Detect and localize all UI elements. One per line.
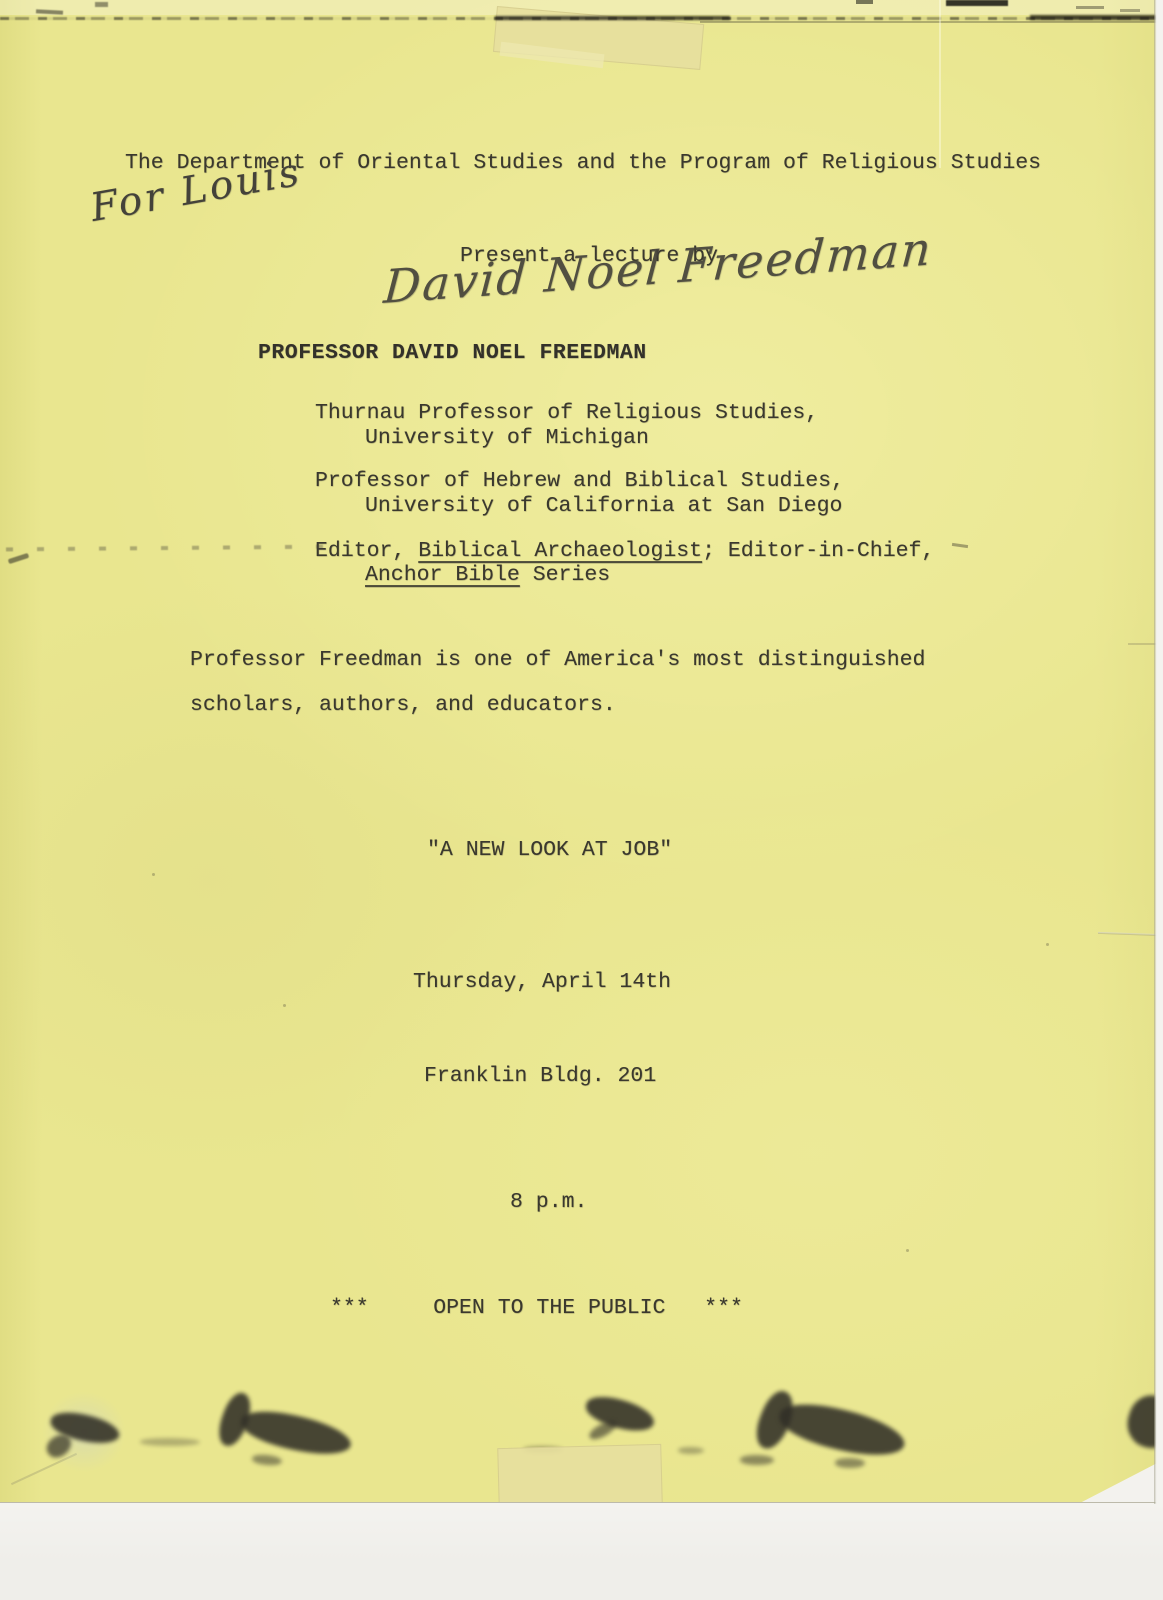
- scan-edge-mark: [95, 2, 108, 7]
- credential-ucsd: University of California at San Diego: [365, 494, 842, 518]
- date-line: Thursday, April 14th: [413, 970, 671, 994]
- paper-speck: [152, 873, 155, 876]
- location-line: Franklin Bldg. 201: [424, 1064, 656, 1088]
- credential-editor-line: Editor, Biblical Archaeologist; Editor-i…: [315, 539, 934, 563]
- scan-edge-mark: [856, 0, 873, 4]
- time-line: 8 p.m.: [510, 1190, 587, 1214]
- editor-mid: ; Editor-in-Chief,: [702, 539, 934, 563]
- scan-speck: [1076, 6, 1104, 9]
- credential-michigan: University of Michigan: [365, 426, 649, 450]
- lecture-title: "A NEW LOOK AT JOB": [427, 838, 672, 862]
- scan-line-dark-segment: [495, 16, 730, 20]
- ink-smudge: [740, 1455, 774, 1465]
- credential-anchor-line: Anchor Bible Series: [365, 563, 610, 587]
- credential-hebrew: Professor of Hebrew and Biblical Studies…: [315, 469, 844, 493]
- scanner-bed-bottom: [0, 1502, 1163, 1600]
- paper-speck: [906, 1249, 909, 1252]
- anchor-suffix: Series: [520, 563, 610, 587]
- tape-strip-bottom: [497, 1444, 663, 1508]
- paper-crease: [939, 0, 941, 168]
- editor-journal-underlined: Biblical Archaeologist: [418, 539, 702, 563]
- footer-open-to-public: *** OPEN TO THE PUBLIC ***: [330, 1296, 743, 1320]
- bio-line-2: scholars, authors, and educators.: [190, 693, 616, 717]
- ink-smudge-faint: [678, 1447, 704, 1454]
- scan-edge-mark: [946, 0, 1008, 6]
- anchor-bible-underlined: Anchor Bible: [365, 563, 520, 587]
- ink-smudge-faint: [140, 1438, 200, 1446]
- speaker-name: PROFESSOR DAVID NOEL FREEDMAN: [258, 341, 647, 365]
- scan-line-secondary: [700, 21, 1163, 23]
- scan-speck: [1120, 9, 1140, 12]
- paper-speck: [283, 1004, 286, 1007]
- paper-speck: [1046, 943, 1049, 946]
- scan-line-dark-segment: [1030, 15, 1163, 20]
- scanner-bed-right-edge: [1154, 0, 1163, 1504]
- ink-smudge: [835, 1458, 865, 1468]
- paper-sheet: [0, 0, 1163, 1600]
- credential-thurnau: Thurnau Professor of Religious Studies,: [315, 401, 818, 425]
- editor-prefix: Editor,: [315, 539, 418, 563]
- bio-line-1: Professor Freedman is one of America's m…: [190, 648, 925, 672]
